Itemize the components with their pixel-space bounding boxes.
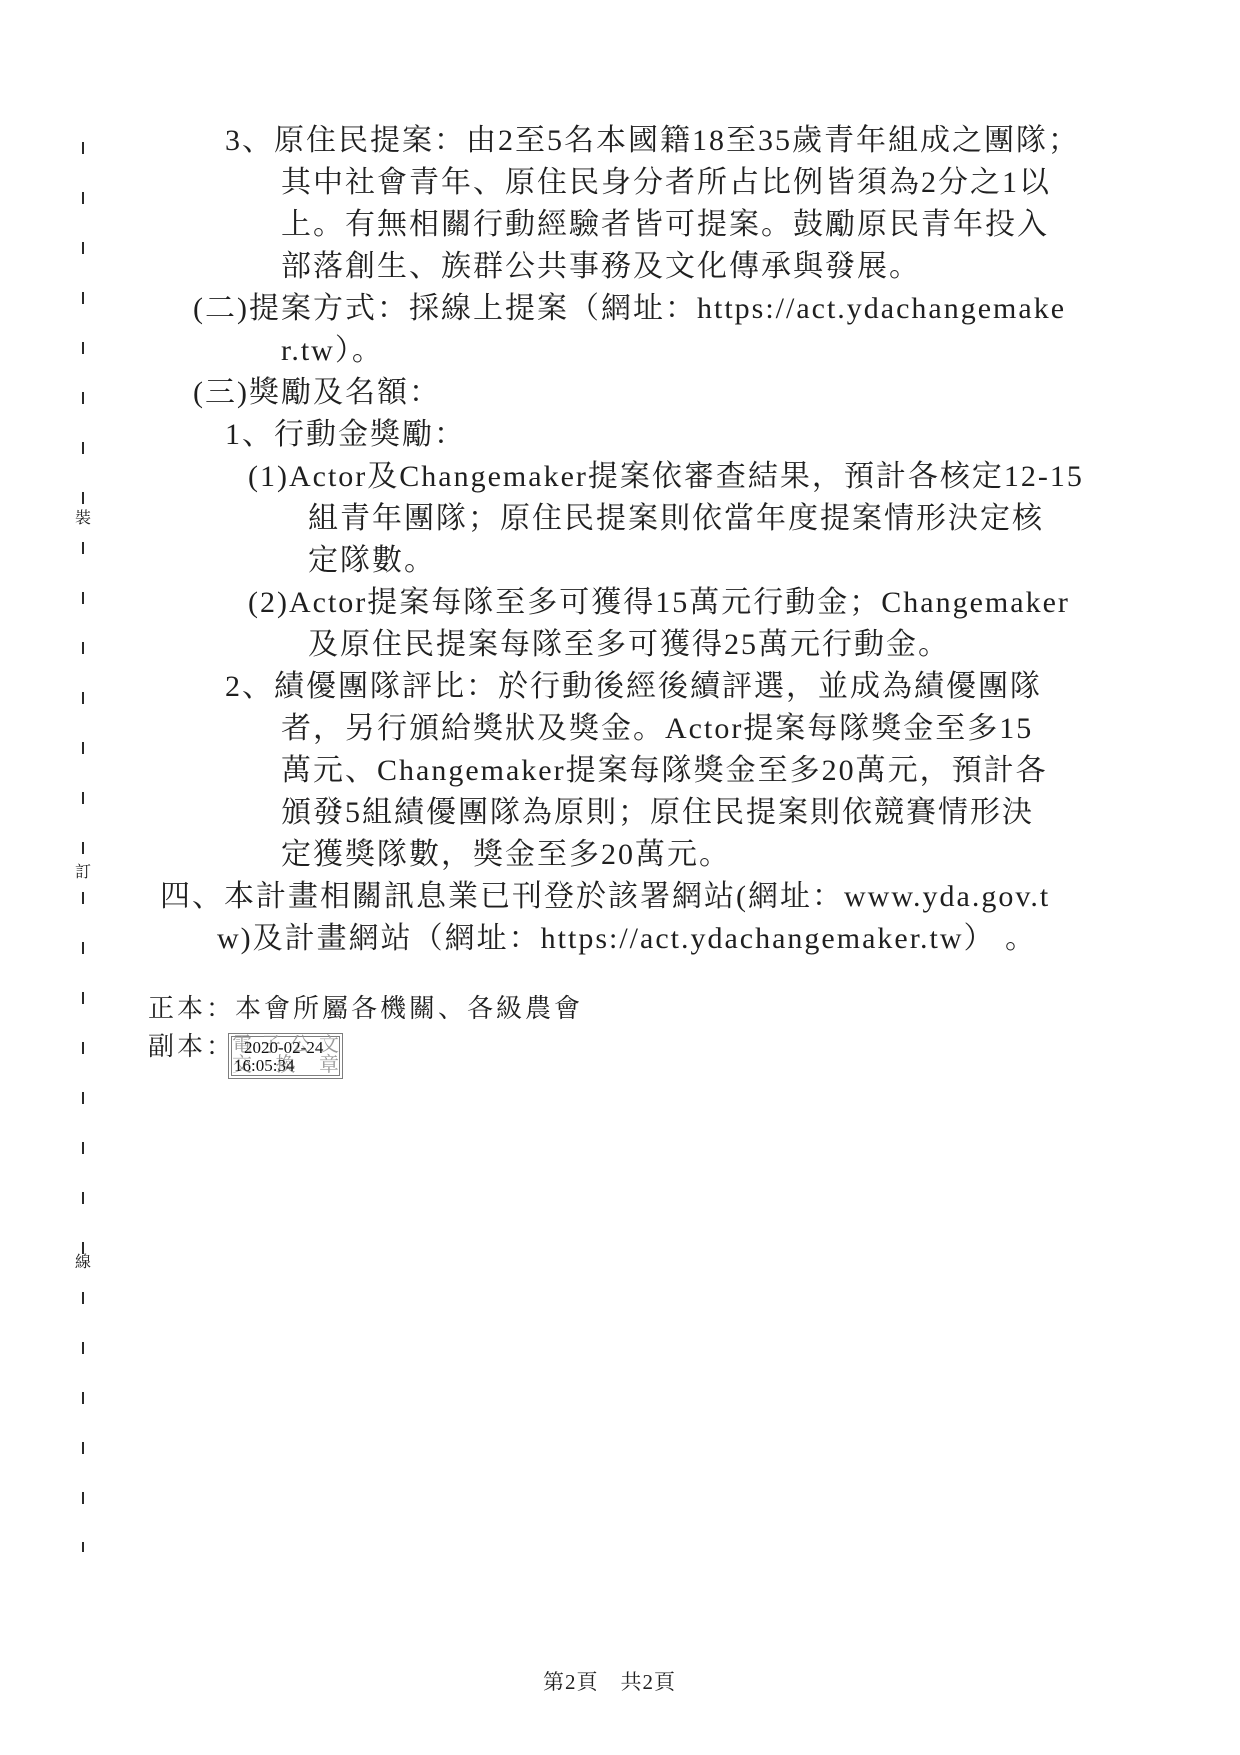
document-line: w)及計畫網站（網址：https://act.ydachangemaker.tw… — [0, 918, 1240, 960]
electronic-exchange-stamp: 電 子 公 文 交 換 章 2020-02-24 16:05:34 — [228, 1033, 343, 1079]
document-body: 3、原住民提案：由2至5名本國籍18至35歲青年組成之團隊；其中社會青年、原住民… — [0, 120, 1240, 960]
document-line: (二)提案方式：採線上提案（網址：https://act.ydachangema… — [0, 288, 1240, 330]
margin-mark: 線 — [73, 1254, 93, 1272]
document-line: 定獲獎隊數，獎金至多20萬元。 — [0, 834, 1240, 876]
document-line: 上。有無相關行動經驗者皆可提案。鼓勵原民青年投入 — [0, 204, 1240, 246]
document-line: 頒發5組績優團隊為原則；原住民提案則依競賽情形決 — [0, 792, 1240, 834]
document-line: (1)Actor及Changemaker提案依審查結果，預計各核定12-15 — [0, 456, 1240, 498]
page-number-footer: 第2頁 共2頁 — [543, 1666, 676, 1696]
document-line: 者，另行頒給獎狀及獎金。Actor提案每隊獎金至多15 — [0, 708, 1240, 750]
document-line: 四、本計畫相關訊息業已刊登於該署網站(網址：www.yda.gov.t — [0, 876, 1240, 918]
document-line: 其中社會青年、原住民身分者所占比例皆須為2分之1以 — [0, 162, 1240, 204]
stamp-date: 2020-02-24 — [244, 1039, 323, 1057]
document-line: 組青年團隊；原住民提案則依當年度提案情形決定核 — [0, 498, 1240, 540]
distribution-copy-label: 副本： — [148, 1031, 235, 1063]
document-line: 及原住民提案每隊至多可獲得25萬元行動金。 — [0, 624, 1240, 666]
stamp-char: 章 — [319, 1055, 339, 1075]
distribution-original: 正本：本會所屬各機關、各級農會 — [148, 993, 583, 1025]
stamp-time: 16:05:34 — [234, 1057, 294, 1075]
document-line: (2)Actor提案每隊至多可獲得15萬元行動金；Changemaker — [0, 582, 1240, 624]
document-line: (三)獎勵及名額： — [0, 372, 1240, 414]
document-line: 3、原住民提案：由2至5名本國籍18至35歲青年組成之團隊； — [0, 120, 1240, 162]
document-line: r.tw）。 — [0, 330, 1240, 372]
document-line: 部落創生、族群公共事務及文化傳承與發展。 — [0, 246, 1240, 288]
document-line: 1、行動金獎勵： — [0, 414, 1240, 456]
document-line: 萬元、Changemaker提案每隊獎金至多20萬元，預計各 — [0, 750, 1240, 792]
document-line: 定隊數。 — [0, 540, 1240, 582]
document-line: 2、績優團隊評比：於行動後經後續評選，並成為績優團隊 — [0, 666, 1240, 708]
